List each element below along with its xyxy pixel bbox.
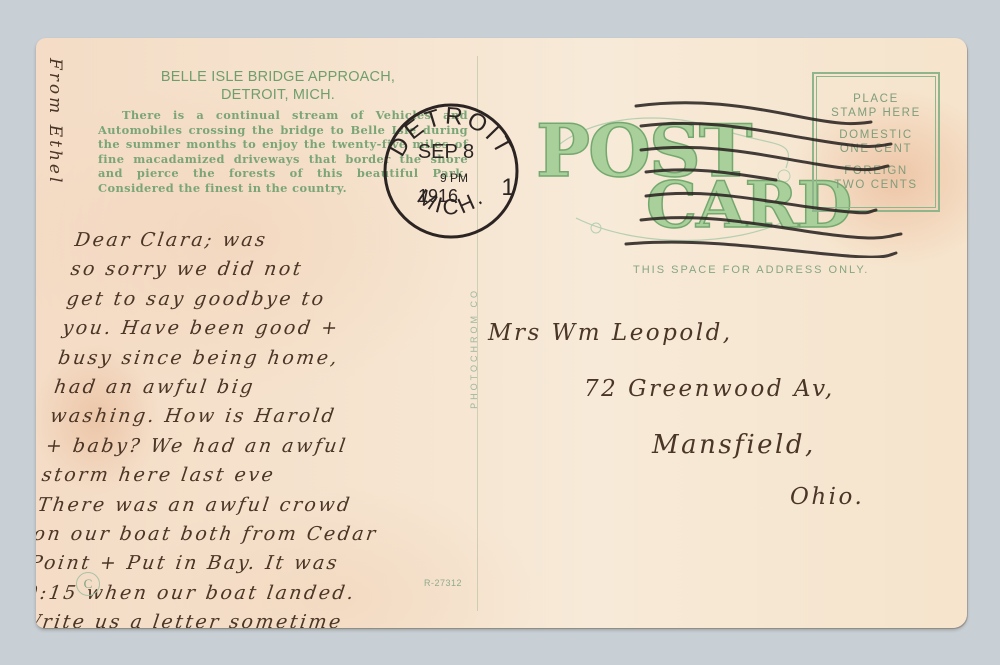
message-line: so sorry we did not <box>69 255 503 284</box>
address-name: Mrs Wm Leopold, <box>488 320 733 346</box>
message-line: had an awful big <box>52 373 486 402</box>
address-street: 72 Greenwood Av, <box>584 376 835 402</box>
cancellation-lines-icon <box>596 88 916 258</box>
message-line: you. Have been good + <box>60 314 494 343</box>
publisher-logo: C <box>76 572 100 596</box>
address-note: THIS SPACE FOR ADDRESS ONLY. <box>633 264 869 276</box>
message-line: Write us a letter sometime <box>36 608 453 628</box>
svg-text:1: 1 <box>501 174 514 201</box>
message-line: Dear Clara; was <box>73 226 507 255</box>
svg-text:9 PM: 9 PM <box>440 171 468 185</box>
svg-text:SEP 8: SEP 8 <box>418 141 474 163</box>
postcard-back: From Ethel BELLE ISLE BRIDGE APPROACH, D… <box>36 38 967 628</box>
postmark-circle-icon: DETROIT MICH. SEP 8 9 PM 1916 1 <box>380 100 522 242</box>
caption-title: BELLE ISLE BRIDGE APPROACH, DETROIT, MIC… <box>128 68 428 104</box>
address-state: Ohio. <box>790 484 864 510</box>
publisher-code: R-27312 <box>424 578 462 588</box>
margin-note-from: From <box>45 58 65 116</box>
message-line: + baby? We had an awful <box>44 432 478 461</box>
message-line: get to say goodbye to <box>65 285 499 314</box>
address-city: Mansfield, <box>652 430 816 460</box>
margin-signature: From Ethel <box>42 58 68 208</box>
message-line: storm here last eve <box>40 461 474 490</box>
postmark: DETROIT MICH. SEP 8 9 PM 1916 1 <box>380 100 522 242</box>
margin-note-name: Ethel <box>45 125 65 186</box>
message-line: Point + Put in Bay. It was <box>36 549 461 578</box>
svg-text:1916: 1916 <box>418 186 458 206</box>
message-line: There was an awful crowd <box>36 491 470 520</box>
caption-title-line1: BELLE ISLE BRIDGE APPROACH, <box>128 68 428 86</box>
message-line: busy since being home, <box>56 344 490 373</box>
handwritten-message: Dear Clara; was so sorry we did not get … <box>36 226 507 628</box>
message-line: washing. How is Harold <box>48 402 482 431</box>
message-line: on our boat both from Cedar <box>36 520 466 549</box>
